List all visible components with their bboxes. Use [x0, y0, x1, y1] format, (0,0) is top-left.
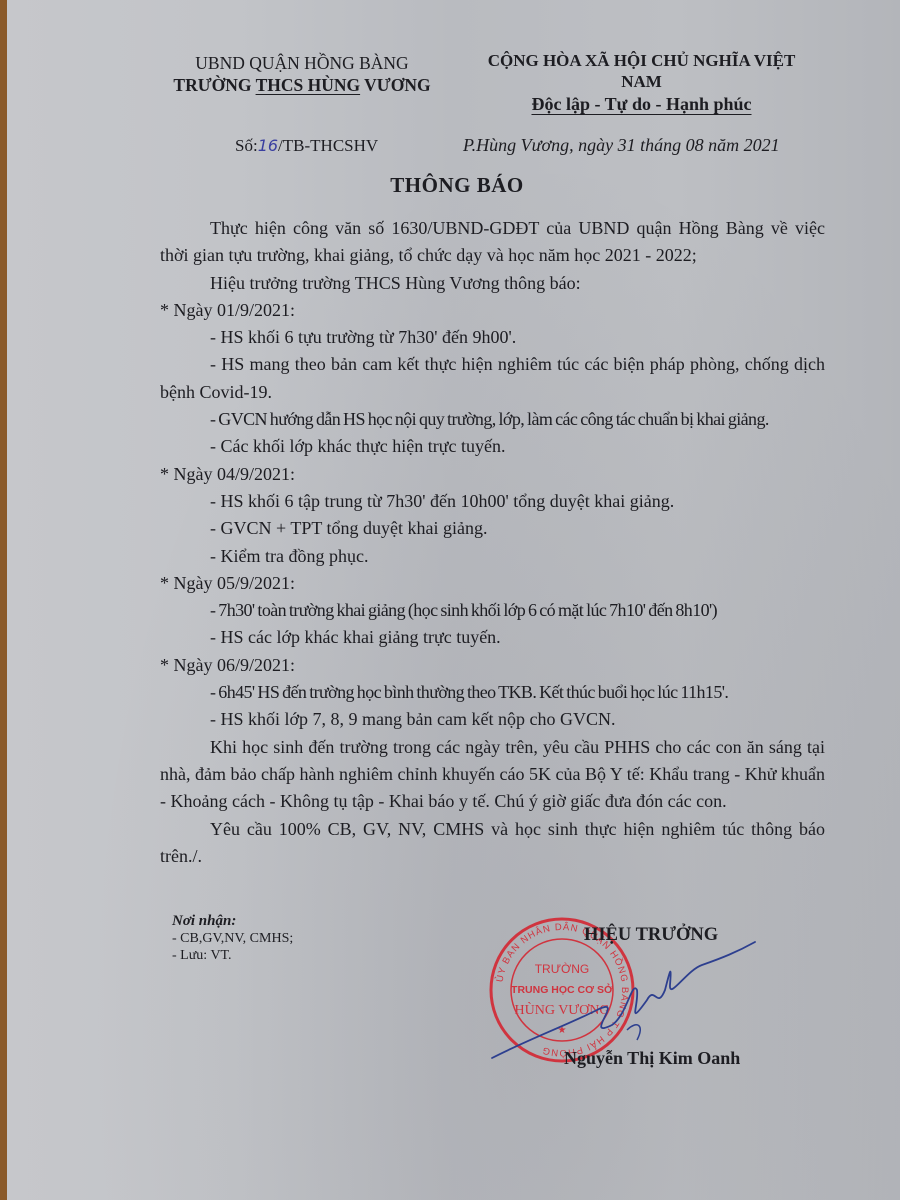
day-item: - HS mang theo bản cam kết thực hiện ngh…	[160, 351, 825, 406]
day-heading: * Ngày 05/9/2021:	[160, 570, 825, 597]
national-title: CỘNG HÒA XÃ HỘI CHỦ NGHĨA VIỆT NAM	[469, 50, 814, 92]
day-heading: * Ngày 06/9/2021:	[160, 652, 825, 679]
document-title: THÔNG BÁO	[7, 173, 900, 198]
school-prefix: TRƯỜNG	[173, 75, 255, 95]
intro-announcement: Hiệu trưởng trường THCS Hùng Vương thông…	[160, 270, 825, 297]
document-body: Thực hiện công văn số 1630/UBND-GDĐT của…	[160, 215, 825, 870]
closing-request: Yêu cầu 100% CB, GV, NV, CMHS và học sin…	[160, 816, 825, 871]
day-item: - 6h45' HS đến trường học bình thường th…	[160, 679, 825, 706]
recipient-item: - CB,GV,NV, CMHS;	[172, 930, 293, 947]
day-item: - HS khối 6 tập trung từ 7h30' đến 10h00…	[160, 488, 825, 515]
day-item: - HS khối lớp 7, 8, 9 mang bản cam kết n…	[160, 706, 825, 733]
issuer-header: UBND QUẬN HỒNG BÀNG TRƯỜNG THCS HÙNG VƯƠ…	[147, 52, 457, 96]
closing-paragraph: Khi học sinh đến trường trong các ngày t…	[160, 734, 825, 816]
document-number: Số:16/TB-THCSHV	[235, 136, 378, 156]
national-motto: Độc lập - Tự do - Hạnh phúc	[469, 94, 814, 115]
day-heading: * Ngày 01/9/2021:	[160, 297, 825, 324]
day-item: - HS khối 6 tựu trường từ 7h30' đến 9h00…	[160, 324, 825, 351]
school-suffix: VƯƠNG	[360, 75, 431, 95]
recipients-block: Nơi nhận: - CB,GV,NV, CMHS; - Lưu: VT.	[172, 913, 293, 964]
school-underlined: THCS HÙNG	[256, 75, 361, 95]
intro-paragraph: Thực hiện công văn số 1630/UBND-GDĐT của…	[160, 215, 825, 270]
national-header: CỘNG HÒA XÃ HỘI CHỦ NGHĨA VIỆT NAM Độc l…	[469, 50, 814, 115]
day-heading: * Ngày 04/9/2021:	[160, 461, 825, 488]
doc-number-prefix: Số:	[235, 136, 258, 155]
day-item: - Kiểm tra đồng phục.	[160, 543, 825, 570]
day-item: - GVCN hướng dẫn HS học nội quy trường, …	[160, 406, 825, 433]
place-date: P.Hùng Vương, ngày 31 tháng 08 năm 2021	[463, 135, 780, 156]
doc-number-suffix: /TB-THCSHV	[278, 136, 378, 155]
day-item: - 7h30' toàn trường khai giảng (học sinh…	[160, 597, 825, 624]
recipient-item: - Lưu: VT.	[172, 947, 293, 964]
day-item: - GVCN + TPT tổng duyệt khai giảng.	[160, 515, 825, 542]
day-item: - Các khối lớp khác thực hiện trực tuyến…	[160, 433, 825, 460]
paper-document: UBND QUẬN HỒNG BÀNG TRƯỜNG THCS HÙNG VƯƠ…	[7, 0, 900, 1200]
issuer-authority: UBND QUẬN HỒNG BÀNG	[147, 52, 457, 74]
recipients-title: Nơi nhận:	[172, 913, 293, 930]
day-item: - HS các lớp khác khai giảng trực tuyến.	[160, 624, 825, 651]
signatory-name: Nguyễn Thị Kim Oanh	[564, 1048, 740, 1069]
doc-number-handwritten: 16	[258, 136, 278, 155]
issuer-school: TRƯỜNG THCS HÙNG VƯƠNG	[147, 74, 457, 96]
